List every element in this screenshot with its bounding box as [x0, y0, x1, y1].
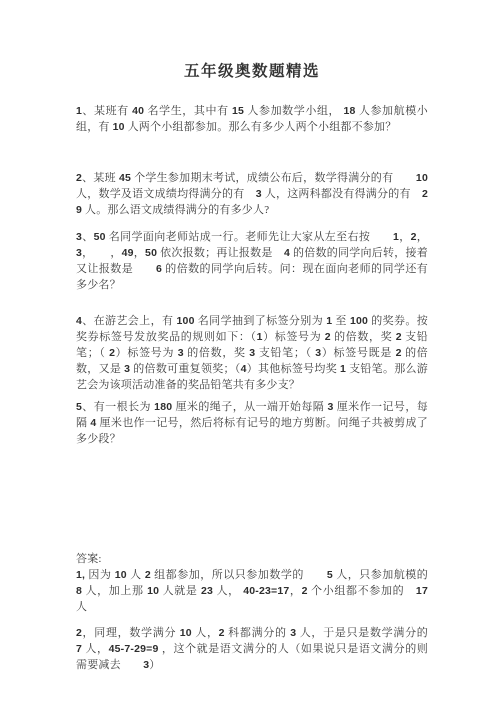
number-text: 40 — [132, 105, 144, 117]
question-3: 3、50 名同学面向老师站成一行。老师先让大家从左至右按 1，2，3， ，49，… — [76, 229, 428, 293]
number-text: 1, — [76, 569, 85, 581]
number-text: 10 — [115, 569, 127, 581]
number-text: 4 — [284, 247, 290, 259]
number-text: 3 — [124, 363, 130, 375]
number-text: 15 — [232, 105, 244, 117]
page-title: 五年级奥数题精选 — [76, 0, 428, 82]
number-text: 2 — [396, 347, 402, 359]
document-content: 五年级奥数题精选 1、某班有 40 名学生，其中有 15 人参加数学小组， 18… — [0, 0, 500, 673]
number-text: 29 — [76, 188, 428, 216]
number-text: 3 — [178, 347, 184, 359]
number-text: 3 — [256, 188, 262, 200]
number-text: 50 — [94, 231, 106, 243]
number-text: 5 — [76, 401, 82, 413]
number-text: 100 — [177, 315, 195, 327]
number-text: 1 — [257, 331, 263, 343]
number-text: 2 — [76, 627, 82, 639]
number-text: 3 — [315, 347, 321, 359]
number-text: 2 — [145, 569, 151, 581]
number-text: 180 — [154, 401, 172, 413]
number-text: 4 — [90, 417, 96, 429]
number-text: 1 — [340, 363, 346, 375]
question-5: 5、有一根长为 180 厘米的绳子，从一端开始每隔 3 厘米作一记号，每隔 4 … — [76, 399, 428, 447]
number-text: 2 — [411, 231, 417, 243]
number-text: 23 — [201, 585, 213, 597]
number-text: 3 — [249, 347, 255, 359]
number-text: 2 — [325, 331, 331, 343]
number-text: 8 — [76, 585, 82, 597]
number-text: 45-7-29=9 — [109, 643, 159, 655]
question-1: 1、某班有 40 名学生，其中有 15 人参加数学小组， 18 人参加航模小组，… — [76, 103, 428, 135]
number-text: 1 — [393, 231, 399, 243]
number-text: 4 — [76, 315, 82, 327]
number-text: 10 — [416, 172, 428, 184]
number-text: 3 — [290, 627, 296, 639]
number-text: 2 — [109, 347, 115, 359]
number-text: 3 — [76, 231, 82, 243]
number-text: 100 — [350, 315, 368, 327]
number-text: 5 — [327, 569, 333, 581]
question-4: 4、在游艺会上，有 100 名同学抽到了标签分别为 1 至 100 的奖券。按奖… — [76, 313, 428, 393]
number-text: 49 — [122, 247, 134, 259]
number-text: 2 — [302, 585, 308, 597]
number-text: 1 — [76, 105, 82, 117]
answers-heading: 答案: — [76, 551, 428, 567]
number-text: 1 — [326, 315, 332, 327]
number-text: 7 — [76, 643, 82, 655]
number-text: 17 — [416, 585, 428, 597]
number-text: 3 — [143, 659, 149, 671]
number-text: 10 — [113, 121, 125, 133]
number-text: 4 — [241, 363, 247, 375]
number-text: 2 — [219, 627, 225, 639]
number-text: 50 — [145, 247, 157, 259]
answer-2: 2，同理，数学满分 10 人，2 科都满分的 3 人，于是只是数学满分的 7 人… — [76, 625, 428, 673]
number-text: 6 — [156, 263, 162, 275]
number-text: 3 — [76, 247, 82, 259]
number-text: 2 — [396, 331, 402, 343]
number-text: 18 — [343, 105, 355, 117]
number-text: 40-23=17 — [243, 585, 289, 597]
number-text: 10 — [180, 627, 192, 639]
number-text: 10 — [147, 585, 159, 597]
number-text: 45 — [119, 172, 131, 184]
number-text: 2 — [76, 172, 82, 184]
document-page: 五年级奥数题精选 1、某班有 40 名学生，其中有 15 人参加数学小组， 18… — [0, 0, 500, 707]
question-2: 2、某班 45 个学生参加期末考试，成绩公布后，数学得满分的有 10 人，数学及… — [76, 170, 428, 218]
number-text: 3 — [327, 401, 333, 413]
answer-1: 1, 因为 10 人 2 组都参加，所以只参加数学的 5 人，只参加航模的 8 … — [76, 567, 428, 615]
